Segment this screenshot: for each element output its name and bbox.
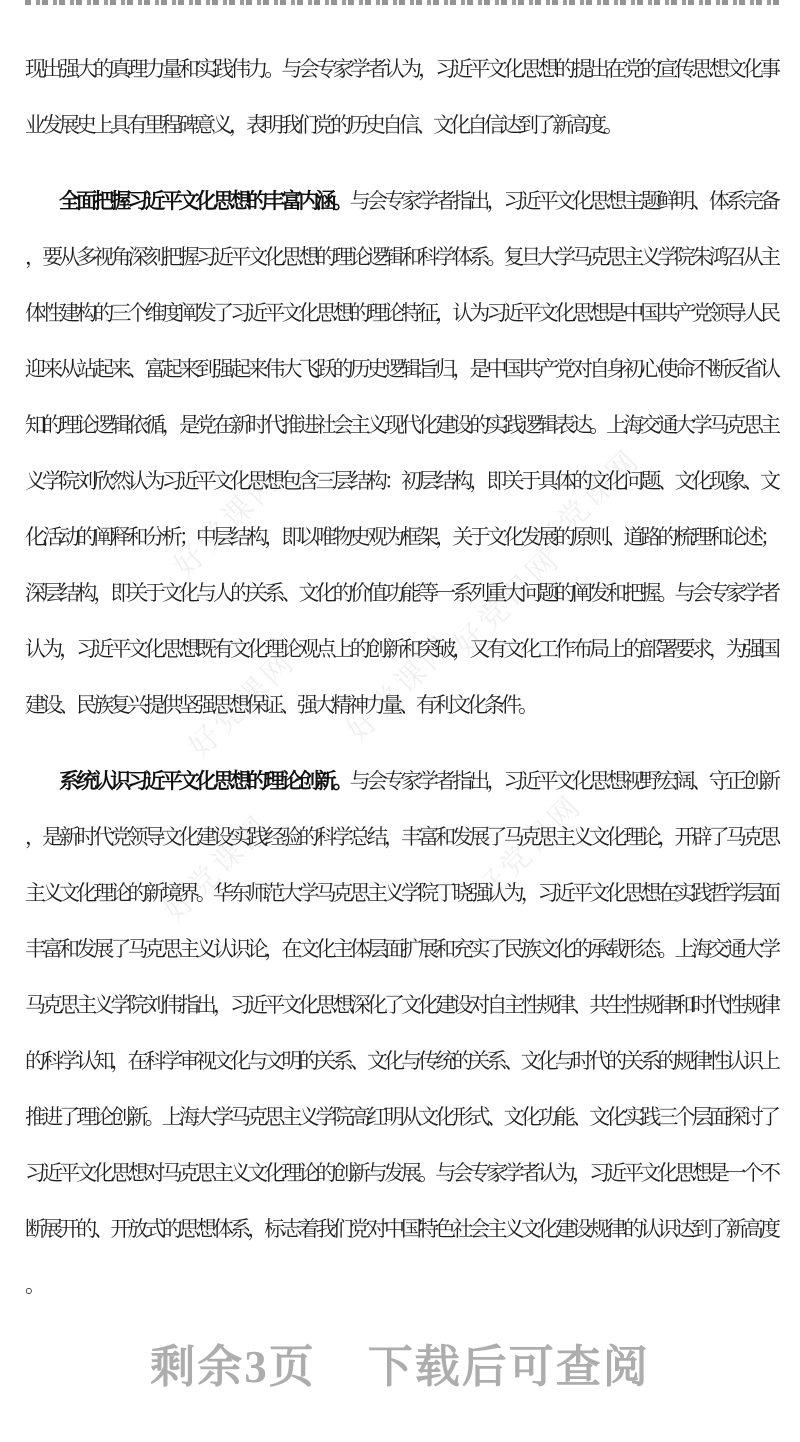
paragraph-2-text: 与会专家学者指出，习近平文化思想主题鲜明、体系完备，要从多视角深刻把握习近平文化… [25,190,777,717]
document-body: 现出强大的真理力量和实践伟力。与会专家学者认为，习近平文化思想的提出在党的宣传思… [25,42,777,1314]
paragraph-2: 全面把握习近平文化思想的丰富内涵。与会专家学者指出，习近平文化思想主题鲜明、体系… [25,174,777,734]
paragraph-3-heading: 系统认识习近平文化思想的理论创新。 [59,770,350,793]
paragraph-2-heading: 全面把握习近平文化思想的丰富内涵。 [59,190,350,213]
document-page: 好党课网好党课网好党课网好党课网好党课网好党课网好党课网 现出强大的真理力量和实… [0,0,800,1442]
paragraph-1-text: 现出强大的真理力量和实践伟力。与会专家学者认为，习近平文化思想的提出在党的宣传思… [25,58,777,137]
paragraph-3-text: 与会专家学者指出，习近平文化思想视野宏阔、守正创新，是新时代党领导文化建设实践经… [25,770,777,1297]
download-hint-label: 下载后可查阅 [368,1342,650,1392]
paragraph-3: 系统认识习近平文化思想的理论创新。与会专家学者指出，习近平文化思想视野宏阔、守正… [25,754,777,1314]
remaining-pages-label: 剩余3页 [150,1342,316,1392]
cut-off-text-line [25,0,780,5]
remaining-pages-banner: 剩余3页下载后可查阅 [0,1330,800,1395]
paragraph-1: 现出强大的真理力量和实践伟力。与会专家学者认为，习近平文化思想的提出在党的宣传思… [25,42,777,154]
